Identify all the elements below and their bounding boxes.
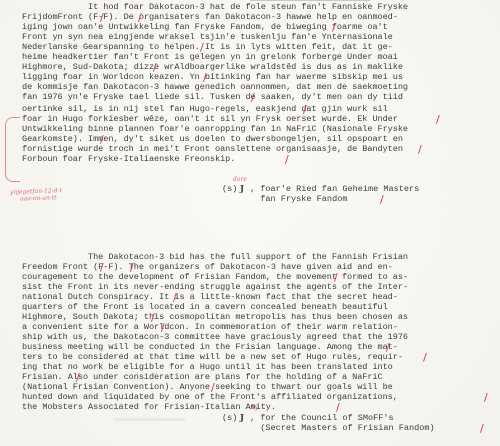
frisian-line: oertinke sil, is in nij stel fan Hugo-re… — [22, 104, 388, 114]
english-line: sist the Front in its never-ending strug… — [22, 282, 408, 292]
edit-mark: / — [100, 263, 104, 273]
english-line: The Dakotacon-3 bid has the full support… — [22, 252, 408, 262]
english-line: business meeting will be conducted in th… — [22, 342, 398, 352]
signature-title: fan Fryske Fandom — [250, 194, 347, 204]
frisian-line: de kommisje fan Dakotacon-3 hawwe genedi… — [22, 82, 408, 92]
frisian-line: Forboun foar Fryske-Italiaenske Freonski… — [22, 154, 235, 164]
edit-mark: / — [380, 195, 384, 205]
typewritten-page: It hod foar Dakotacon-3 hat de fole steu… — [0, 0, 500, 446]
frisian-line: Nederlanske Gearspanning to helpen. It i… — [22, 42, 393, 52]
english-line: hunted down and liquidated by one of the… — [22, 392, 398, 402]
page-edge-line — [250, 0, 370, 1]
margin-handwritten-note: ynjegetfan-12-d-t aaa-on-an-tt — [10, 187, 63, 203]
edit-mark: / — [100, 135, 104, 145]
signature-handwriting: by — [251, 404, 258, 411]
edit-mark: / — [151, 313, 155, 323]
edit-mark: / — [285, 155, 289, 165]
signature-title: (Secret Masters of Frisian Fandom) — [250, 423, 435, 433]
edit-mark: / — [484, 393, 488, 403]
english-line: couragement to the development of Frisia… — [22, 272, 408, 282]
edit-mark: / — [423, 353, 427, 363]
signature-prefix: (s) — [222, 413, 237, 423]
edit-mark: / — [200, 43, 204, 53]
english-line: ters to be considered at that time will … — [22, 352, 403, 362]
frisian-line: Front yn syn nea eingjende wraksel tsjin… — [22, 32, 393, 42]
edit-mark: / — [138, 13, 142, 23]
edit-mark: / — [161, 323, 165, 333]
signature-title: , foar'e Ried fan Geheime Masters — [250, 184, 419, 194]
edit-mark: / — [436, 115, 440, 125]
edit-mark: / — [336, 403, 340, 413]
edit-mark: / — [480, 424, 484, 434]
frisian-line: Highmore, Sud-Dakota; dizze wrAldboarger… — [22, 62, 403, 72]
edit-mark: / — [203, 73, 207, 83]
frisian-line: ligging foar in Worldcon keazen. Yn biti… — [22, 72, 403, 82]
edit-mark: / — [211, 383, 215, 393]
edit-mark: / — [334, 273, 338, 283]
frisian-line: Gearkomste). Immen, dy't siket us doelen… — [22, 134, 403, 144]
frisian-line: Untwikkeling binne plannen foar'e oanrop… — [22, 124, 408, 134]
signature-title: , for the Council of SMoFF's — [250, 413, 394, 423]
signature-scribble: J — [240, 184, 244, 194]
edit-mark: / — [100, 13, 104, 23]
frisian-line: It hod foar Dakotacon-3 hat de fole steu… — [22, 2, 408, 12]
frisian-line: foar in Hugo forkiesber wêze, oan't it s… — [22, 114, 398, 124]
signature-scribble: J — [240, 413, 244, 423]
frisian-line: fan 1976 yn'e Fryske tael liede sil. Tus… — [22, 92, 403, 102]
edit-mark: / — [386, 343, 390, 353]
english-line: ship with us, the Dakotacon-3 committee … — [22, 332, 408, 342]
english-line: Highmore, South Dakota; this cosmopolita… — [22, 312, 408, 322]
frisian-line: heime headkertier fan't Front is gelegen… — [22, 52, 398, 62]
english-line: the Mobsters Associated for Frisian-Ital… — [22, 402, 276, 412]
english-line: national Dutch Conspiracy. It is a littl… — [22, 292, 398, 302]
edit-mark: / — [303, 105, 307, 115]
edit-mark: / — [251, 93, 255, 103]
edit-mark: / — [418, 145, 422, 155]
edit-mark: / — [76, 373, 80, 383]
frisian-line: fornistige wurde troch in mei't Front oa… — [22, 144, 403, 154]
english-line: quarters of the Front is located in a ca… — [22, 302, 388, 312]
edit-mark: / — [332, 23, 336, 33]
english-line: a convenient site for a Worldcon. In com… — [22, 322, 398, 332]
signature-prefix: (s) — [222, 184, 237, 194]
edit-mark: / — [173, 293, 177, 303]
edit-mark: / — [130, 263, 134, 273]
margin-bracket — [5, 117, 20, 182]
frisian-line: FrijdomFront (F-F). De organisaters fan … — [22, 12, 398, 22]
signature-handwriting: dore — [233, 176, 247, 183]
paper-smudge — [115, 418, 185, 421]
edit-mark: / — [153, 63, 157, 73]
